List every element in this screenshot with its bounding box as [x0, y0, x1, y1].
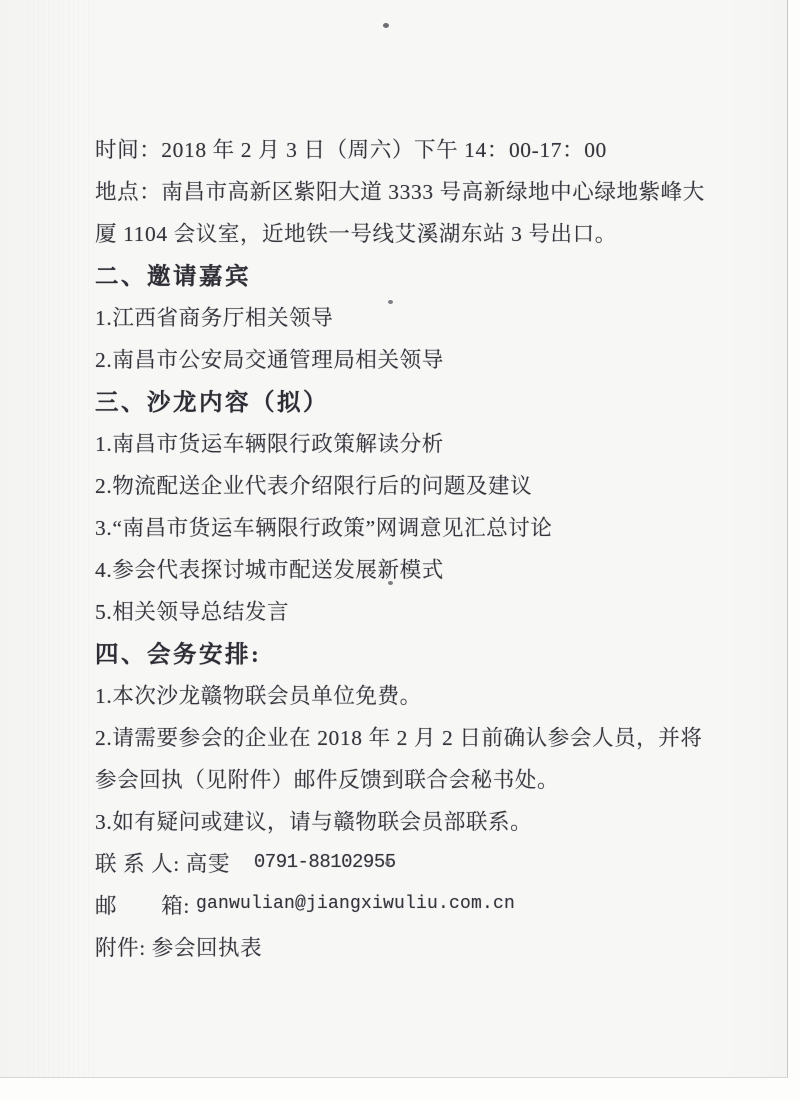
scan-streaks: [28, 0, 98, 1078]
scan-speck: [385, 861, 390, 865]
scan-speck: [383, 23, 389, 28]
doc-text-segment: 0791-88102955: [254, 851, 396, 873]
doc-text-segment: 联 系 人: 高雯: [95, 847, 254, 878]
doc-line-14: 1.本次沙龙赣物联会员单位免费。: [95, 673, 755, 715]
doc-text-segment: 2.物流配送企业代表介绍限行后的问题及建议: [95, 469, 532, 500]
scan-speck: [388, 581, 393, 585]
doc-line-5: 1.江西省商务厅相关领导: [95, 295, 755, 337]
paper-sheet: 时间：2018 年 2 月 3 日（周六）下午 14：00-17：00地点：南昌…: [0, 0, 788, 1078]
document-content: 时间：2018 年 2 月 3 日（周六）下午 14：00-17：00地点：南昌…: [95, 127, 755, 967]
doc-line-9: 2.物流配送企业代表介绍限行后的问题及建议: [95, 463, 755, 505]
doc-text-segment: 邮 箱:: [95, 889, 196, 920]
doc-text-segment: 四、会务安排:: [95, 635, 261, 669]
doc-text-segment: 2.南昌市公安局交通管理局相关领导: [95, 343, 444, 374]
doc-text-segment: 1.本次沙龙赣物联会员单位免费。: [95, 679, 422, 710]
doc-text-segment: 4.参会代表探讨城市配送发展新模式: [95, 553, 444, 584]
doc-text-segment: 厦 1104 会议室，近地铁一号线艾溪湖东站 3 号出口。: [95, 217, 617, 248]
doc-line-6: 2.南昌市公安局交通管理局相关领导: [95, 337, 755, 379]
doc-text-segment: 1.南昌市货运车辆限行政策解读分析: [95, 427, 444, 458]
doc-text-segment: 3.“南昌市货运车辆限行政策”网调意见汇总讨论: [95, 511, 553, 542]
scan-speck: [388, 300, 393, 304]
doc-text-segment: 5.相关领导总结发言: [95, 595, 289, 626]
doc-line-1: 时间：2018 年 2 月 3 日（周六）下午 14：00-17：00: [95, 127, 755, 169]
doc-line-4: 二、邀请嘉宾: [95, 253, 755, 295]
doc-text-segment: 时间：2018 年 2 月 3 日（周六）下午 14：00-17：00: [95, 133, 607, 164]
doc-text-segment: 1.江西省商务厅相关领导: [95, 301, 333, 332]
doc-line-17: 3.如有疑问或建议，请与赣物联会员部联系。: [95, 799, 755, 841]
doc-text-segment: 2.请需要参会的企业在 2018 年 2 月 2 日前确认参会人员，并将: [95, 721, 702, 752]
doc-text-segment: 附件: 参会回执表: [95, 931, 262, 962]
doc-text-segment: 三、沙龙内容（拟）: [95, 383, 329, 417]
doc-line-8: 1.南昌市货运车辆限行政策解读分析: [95, 421, 755, 463]
document-page: 时间：2018 年 2 月 3 日（周六）下午 14：00-17：00地点：南昌…: [0, 0, 800, 1100]
doc-line-13: 四、会务安排:: [95, 631, 755, 673]
doc-line-15: 2.请需要参会的企业在 2018 年 2 月 2 日前确认参会人员，并将: [95, 715, 755, 757]
doc-line-20: 附件: 参会回执表: [95, 925, 755, 967]
doc-text-segment: ganwulian@jiangxiwuliu.com.cn: [196, 894, 515, 914]
doc-line-12: 5.相关领导总结发言: [95, 589, 755, 631]
doc-text-segment: 3.如有疑问或建议，请与赣物联会员部联系。: [95, 805, 532, 836]
doc-text-segment: 参会回执（见附件）邮件反馈到联合会秘书处。: [95, 763, 559, 794]
doc-text-segment: 地点：南昌市高新区紫阳大道 3333 号高新绿地中心绿地紫峰大: [95, 175, 705, 206]
doc-line-16: 参会回执（见附件）邮件反馈到联合会秘书处。: [95, 757, 755, 799]
doc-line-3: 厦 1104 会议室，近地铁一号线艾溪湖东站 3 号出口。: [95, 211, 755, 253]
doc-text-segment: 二、邀请嘉宾: [95, 257, 251, 291]
doc-line-11: 4.参会代表探讨城市配送发展新模式: [95, 547, 755, 589]
doc-line-2: 地点：南昌市高新区紫阳大道 3333 号高新绿地中心绿地紫峰大: [95, 169, 755, 211]
doc-line-7: 三、沙龙内容（拟）: [95, 379, 755, 421]
doc-line-19: 邮 箱: ganwulian@jiangxiwuliu.com.cn: [95, 883, 755, 925]
doc-line-18: 联 系 人: 高雯 0791-88102955: [95, 841, 755, 883]
doc-line-10: 3.“南昌市货运车辆限行政策”网调意见汇总讨论: [95, 505, 755, 547]
